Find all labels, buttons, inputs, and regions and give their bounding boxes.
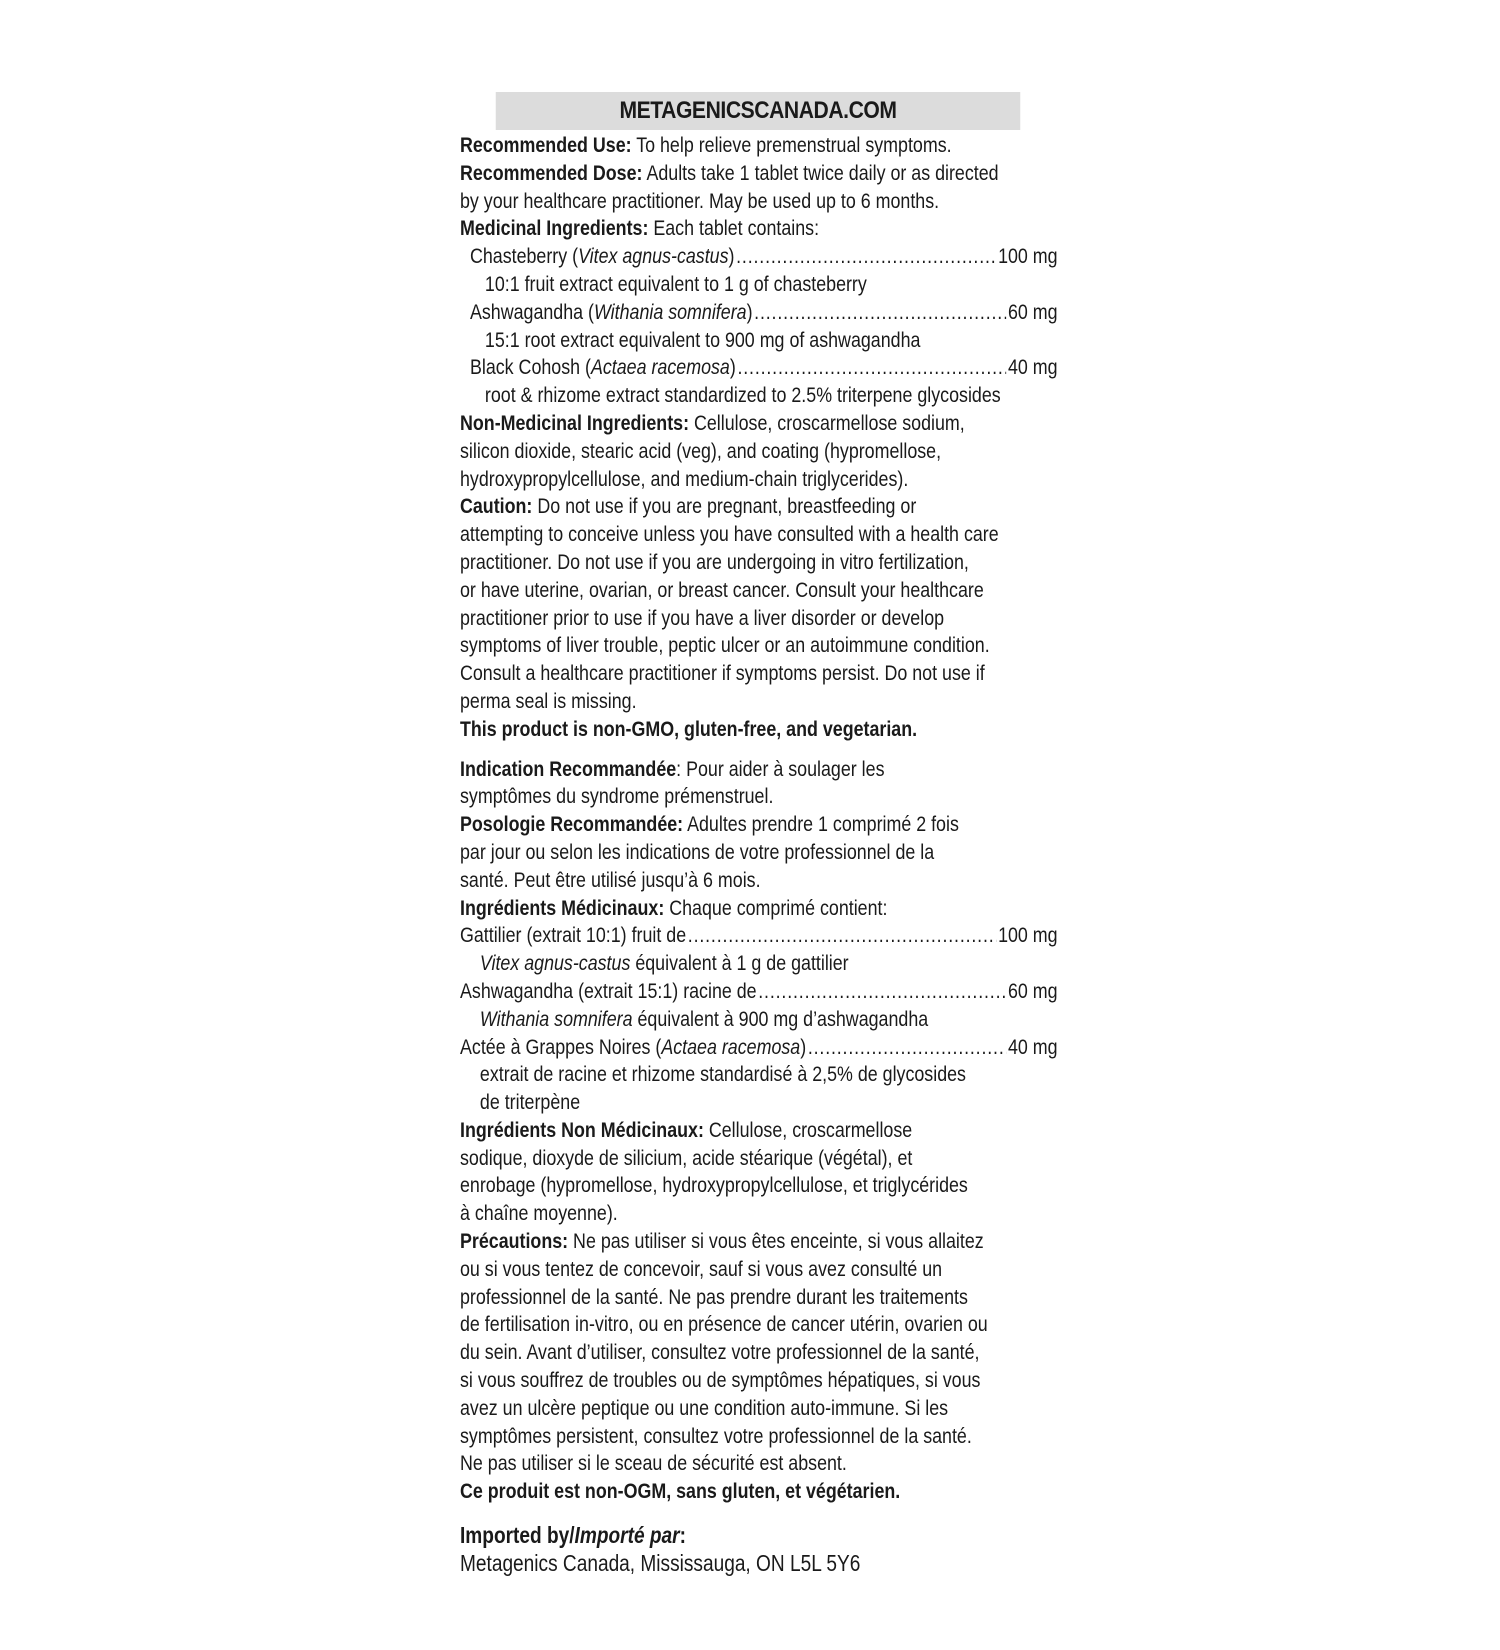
precautions-line: Ne pas utiliser si le sceau de sécurité … (460, 1450, 1058, 1478)
ingredient-amount: 40 mg (1008, 1034, 1058, 1062)
non-medicinaux-line: sodique, dioxyde de silicium, acide stéa… (460, 1145, 1058, 1173)
produit-statement: Ce produit est non-OGM, sans gluten, et … (460, 1478, 1058, 1506)
ingredient-row: Ashwagandha (extrait 15:1) racine de 60 … (460, 978, 1058, 1006)
caution-line: attempting to conceive unless you have c… (460, 521, 1058, 549)
caution-line: symptoms of liver trouble, peptic ulcer … (460, 632, 1058, 660)
precautions: Précautions: Ne pas utiliser si vous ête… (460, 1228, 1058, 1256)
ingredient-detail: Withania somnifera équivalent à 900 mg d… (460, 1006, 1058, 1034)
precautions-line: ou si vous tentez de concevoir, sauf si … (460, 1256, 1058, 1284)
importer-label: Imported by/Importé par: (460, 1522, 1058, 1550)
recommended-use: Recommended Use: To help relieve premens… (460, 132, 1058, 160)
ingredient-detail: extrait de racine et rhizome standardisé… (460, 1061, 1058, 1089)
section-gap (460, 744, 1058, 756)
non-medicinaux-line: enrobage (hypromellose, hydroxypropylcel… (460, 1172, 1058, 1200)
ingredient-amount: 40 mg (1008, 354, 1058, 382)
caution-line: perma seal is missing. (460, 688, 1058, 716)
website-header: METAGENICSCANADA.COM (496, 92, 1020, 130)
importer-section: Imported by/Importé par: Metagenics Cana… (460, 1522, 1058, 1578)
product-statement: This product is non-GMO, gluten-free, an… (460, 716, 1058, 744)
leader-dots (737, 354, 1006, 382)
ingredient-detail: Vitex agnus-castus équivalent à 1 g de g… (460, 950, 1058, 978)
precautions-line: professionnel de la santé. Ne pas prendr… (460, 1284, 1058, 1312)
precautions-line: symptômes persistent, consultez votre pr… (460, 1423, 1058, 1451)
website-url: METAGENICSCANADA.COM (619, 97, 896, 124)
leader-dots (808, 1034, 1006, 1062)
ingredient-detail: 15:1 root extract equivalent to 900 mg o… (460, 327, 1058, 355)
leader-dots (754, 299, 1006, 327)
posologie-line3: santé. Peut être utilisé jusqu’à 6 mois. (460, 867, 1058, 895)
english-section: Recommended Use: To help relieve premens… (460, 132, 1058, 744)
ingredient-row: Actée à Grappes Noires (Actaea racemosa)… (460, 1034, 1058, 1062)
ingredient-amount: 60 mg (1008, 978, 1058, 1006)
ingredient-row: Ashwagandha (Withania somnifera) 60 mg (460, 299, 1058, 327)
label-text-body: Recommended Use: To help relieve premens… (460, 132, 1058, 1578)
ingredients-medicinaux-heading: Ingrédients Médicinaux: Chaque comprimé … (460, 895, 1058, 923)
ingredient-detail: 10:1 fruit extract equivalent to 1 g of … (460, 271, 1058, 299)
non-medicinal-line2: silicon dioxide, stearic acid (veg), and… (460, 438, 1058, 466)
precautions-line: du sein. Avant d’utiliser, consultez vot… (460, 1339, 1058, 1367)
ingredient-detail: root & rhizome extract standardized to 2… (460, 382, 1058, 410)
non-medicinaux-line: à chaîne moyenne). (460, 1200, 1058, 1228)
french-section: Indication Recommandée: Pour aider à sou… (460, 756, 1058, 1507)
product-label: METAGENICSCANADA.COM Recommended Use: To… (460, 92, 1056, 1578)
leader-dots (688, 922, 997, 950)
recommended-dose-line2: by your healthcare practitioner. May be … (460, 188, 1058, 216)
caution: Caution: Do not use if you are pregnant,… (460, 493, 1058, 521)
non-medicinal-line3: hydroxypropylcellulose, and medium-chain… (460, 466, 1058, 494)
importer-address: Metagenics Canada, Mississauga, ON L5L 5… (460, 1550, 1058, 1578)
ingredient-amount: 100 mg (998, 243, 1058, 271)
posologie: Posologie Recommandée: Adultes prendre 1… (460, 811, 1058, 839)
section-gap (460, 1506, 1058, 1522)
ingredient-row: Chasteberry (Vitex agnus-castus) 100 mg (460, 243, 1058, 271)
medicinal-ingredients-heading: Medicinal Ingredients: Each tablet conta… (460, 215, 1058, 243)
indication-line2: symptômes du syndrome prémenstruel. (460, 783, 1058, 811)
caution-line: practitioner. Do not use if you are unde… (460, 549, 1058, 577)
indication-recommandee: Indication Recommandée: Pour aider à sou… (460, 756, 1058, 784)
ingredient-row: Gattilier (extrait 10:1) fruit de 100 mg (460, 922, 1058, 950)
caution-line: or have uterine, ovarian, or breast canc… (460, 577, 1058, 605)
posologie-line2: par jour ou selon les indications de vot… (460, 839, 1058, 867)
precautions-line: si vous souffrez de troubles ou de sympt… (460, 1367, 1058, 1395)
ingredient-amount: 100 mg (998, 922, 1058, 950)
ingredient-amount: 60 mg (1008, 299, 1058, 327)
recommended-dose: Recommended Dose: Adults take 1 tablet t… (460, 160, 1058, 188)
ingredient-detail: de triterpène (460, 1089, 1058, 1117)
caution-line: practitioner prior to use if you have a … (460, 605, 1058, 633)
caution-line: Consult a healthcare practitioner if sym… (460, 660, 1058, 688)
ingredients-non-medicinaux: Ingrédients Non Médicinaux: Cellulose, c… (460, 1117, 1058, 1145)
ingredient-row: Black Cohosh (Actaea racemosa) 40 mg (460, 354, 1058, 382)
non-medicinal-ingredients: Non-Medicinal Ingredients: Cellulose, cr… (460, 410, 1058, 438)
precautions-line: de fertilisation in-vitro, ou en présenc… (460, 1311, 1058, 1339)
leader-dots (758, 978, 1006, 1006)
leader-dots (736, 243, 996, 271)
precautions-line: avez un ulcère peptique ou une condition… (460, 1395, 1058, 1423)
